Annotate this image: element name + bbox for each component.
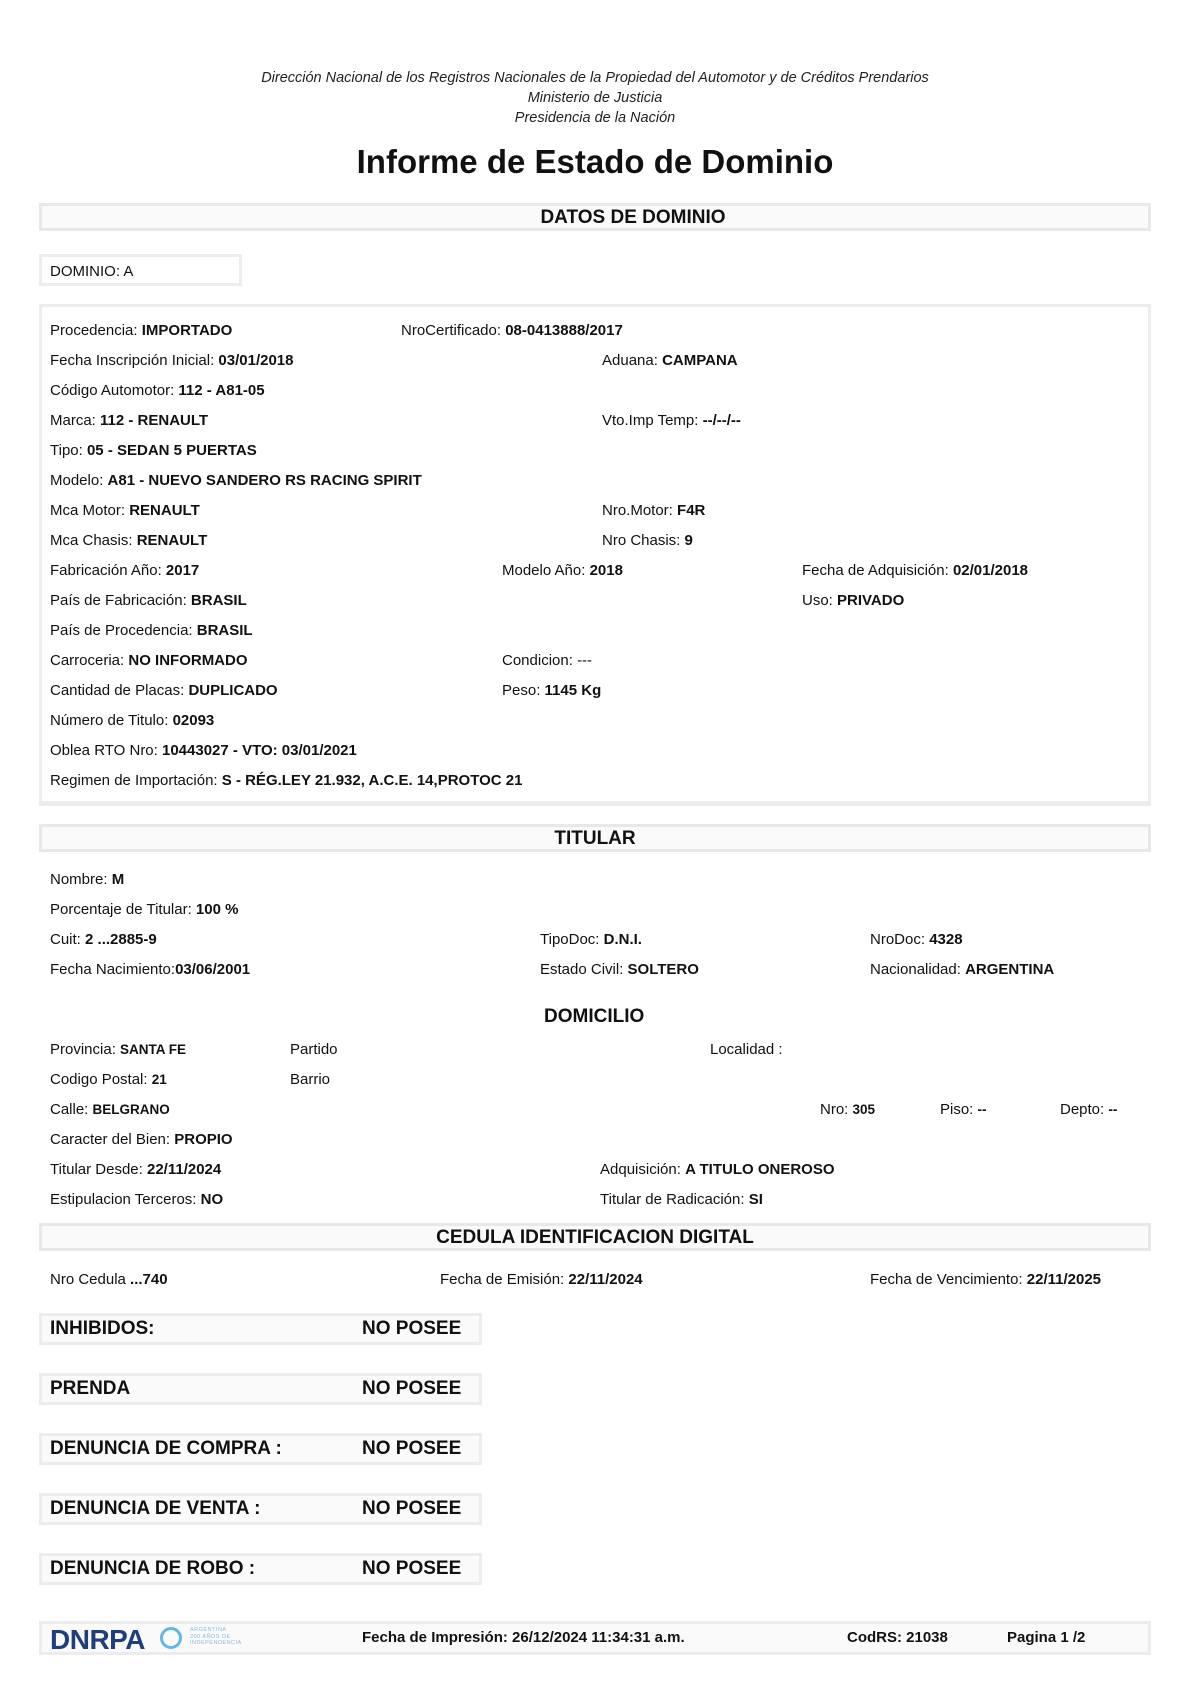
sun-emblem-icon <box>160 1627 182 1649</box>
pais-procedencia-field: País de Procedencia: BRASIL <box>50 622 253 639</box>
provincia-field: Provincia: SANTA FE <box>50 1041 186 1058</box>
nro-field: Nro: 305 <box>820 1101 875 1118</box>
domicilio-title: DOMICILIO <box>544 1006 644 1028</box>
dominio-box: DOMINIO: A <box>39 254 242 286</box>
section-title: DATOS DE DOMINIO <box>540 207 725 228</box>
vto-imp-temp-field: Vto.Imp Temp: --/--/-- <box>602 412 741 429</box>
fecha-adquisicion-field: Fecha de Adquisición: 02/01/2018 <box>802 562 1028 579</box>
codigo-automotor-field: Código Automotor: 112 - A81-05 <box>50 382 265 399</box>
section-header-titular: TITULAR <box>39 824 1151 852</box>
fecha-emision-field: Fecha de Emisión: 22/11/2024 <box>440 1271 643 1288</box>
nro-chasis-field: Nro Chasis: 9 <box>602 532 693 549</box>
presidency-name: Presidencia de la Nación <box>0 110 1190 126</box>
piso-field: Piso: -- <box>940 1101 987 1118</box>
status-label: DENUNCIA DE COMPRA : <box>50 1436 282 1462</box>
numero-titulo-field: Número de Titulo: 02093 <box>50 712 214 729</box>
status-denuncia-compra: DENUNCIA DE COMPRA : NO POSEE <box>39 1433 482 1465</box>
fecha-impresion: Fecha de Impresión: 26/12/2024 11:34:31 … <box>362 1629 685 1646</box>
fecha-vencimiento-field: Fecha de Vencimiento: 22/11/2025 <box>870 1271 1101 1288</box>
aduana-field: Aduana: CAMPANA <box>602 352 738 369</box>
cod-rs: CodRS: 21038 <box>847 1629 948 1646</box>
page-title: Informe de Estado de Dominio <box>0 143 1190 181</box>
status-label: DENUNCIA DE ROBO : <box>50 1556 255 1582</box>
status-label: INHIBIDOS: <box>50 1316 155 1342</box>
calle-field: Calle: BELGRANO <box>50 1101 170 1118</box>
procedencia-field: Procedencia: IMPORTADO <box>50 322 232 339</box>
carroceria-field: Carroceria: NO INFORMADO <box>50 652 248 669</box>
cantidad-placas-field: Cantidad de Placas: DUPLICADO <box>50 682 278 699</box>
caracter-bien-field: Caracter del Bien: PROPIO <box>50 1131 233 1148</box>
nro-motor-field: Nro.Motor: F4R <box>602 502 705 519</box>
localidad-field: Localidad : <box>710 1041 783 1058</box>
status-denuncia-robo: DENUNCIA DE ROBO : NO POSEE <box>39 1553 482 1585</box>
status-value: NO POSEE <box>362 1436 461 1462</box>
partido-field: Partido <box>290 1041 338 1058</box>
status-value: NO POSEE <box>362 1376 461 1402</box>
adquisicion-field: Adquisición: A TITULO ONEROSO <box>600 1161 835 1178</box>
estipulacion-terceros-field: Estipulacion Terceros: NO <box>50 1191 223 1208</box>
marca-field: Marca: 112 - RENAULT <box>50 412 208 429</box>
status-value: NO POSEE <box>362 1496 461 1522</box>
regimen-importacion-field: Regimen de Importación: S - RÉG.LEY 21.9… <box>50 772 522 789</box>
barrio-field: Barrio <box>290 1071 330 1088</box>
nombre-field: Nombre: M <box>50 871 124 888</box>
dnrpa-logo: DNRPA <box>50 1624 145 1656</box>
section-header-cedula: CEDULA IDENTIFICACION DIGITAL <box>39 1223 1151 1251</box>
fecha-nacimiento-field: Fecha Nacimiento:03/06/2001 <box>50 961 250 978</box>
mca-motor-field: Mca Motor: RENAULT <box>50 502 200 519</box>
page-number: Pagina 1 /2 <box>1007 1629 1085 1646</box>
modelo-anio-field: Modelo Año: 2018 <box>502 562 623 579</box>
status-value: NO POSEE <box>362 1556 461 1582</box>
porcentaje-field: Porcentaje de Titular: 100 % <box>50 901 238 918</box>
uso-field: Uso: PRIVADO <box>802 592 904 609</box>
oblea-rto-field: Oblea RTO Nro: 10443027 - VTO: 03/01/202… <box>50 742 357 759</box>
status-label: DENUNCIA DE VENTA : <box>50 1496 260 1522</box>
status-denuncia-venta: DENUNCIA DE VENTA : NO POSEE <box>39 1493 482 1525</box>
titular-radicacion-field: Titular de Radicación: SI <box>600 1191 763 1208</box>
dominio-field: DOMINIO: A <box>50 263 133 280</box>
nro-cedula-field: Nro Cedula ...740 <box>50 1271 168 1288</box>
estado-civil-field: Estado Civil: SOLTERO <box>540 961 699 978</box>
modelo-field: Modelo: A81 - NUEVO SANDERO RS RACING SP… <box>50 472 422 489</box>
tipo-doc-field: TipoDoc: D.N.I. <box>540 931 642 948</box>
condicion-field: Condicion: --- <box>502 652 592 669</box>
ministry-name: Ministerio de Justicia <box>0 90 1190 106</box>
bicentenario-text: ARGENTINA 200 AÑOS DE INDEPENDENCIA <box>190 1627 242 1647</box>
peso-field: Peso: 1145 Kg <box>502 682 601 699</box>
nro-doc-field: NroDoc: 4328 <box>870 931 963 948</box>
status-inhibidos: INHIBIDOS: NO POSEE <box>39 1313 482 1345</box>
titular-desde-field: Titular Desde: 22/11/2024 <box>50 1161 221 1178</box>
fecha-inscripcion-field: Fecha Inscripción Inicial: 03/01/2018 <box>50 352 294 369</box>
section-title: TITULAR <box>554 828 635 849</box>
tipo-field: Tipo: 05 - SEDAN 5 PUERTAS <box>50 442 257 459</box>
page-footer: DNRPA ARGENTINA 200 AÑOS DE INDEPENDENCI… <box>39 1621 1151 1655</box>
cuit-field: Cuit: 2 ...2885-9 <box>50 931 157 948</box>
codigo-postal-field: Codigo Postal: 21 <box>50 1071 167 1088</box>
vehicle-data-panel: Procedencia: IMPORTADO NroCertificado: 0… <box>39 304 1151 806</box>
agency-name: Dirección Nacional de los Registros Naci… <box>0 70 1190 86</box>
status-prenda: PRENDA NO POSEE <box>39 1373 482 1405</box>
status-label: PRENDA <box>50 1376 130 1402</box>
nacionalidad-field: Nacionalidad: ARGENTINA <box>870 961 1054 978</box>
fabricacion-anio-field: Fabricación Año: 2017 <box>50 562 199 579</box>
mca-chasis-field: Mca Chasis: RENAULT <box>50 532 207 549</box>
section-title: CEDULA IDENTIFICACION DIGITAL <box>436 1227 754 1248</box>
section-header-datos-dominio: DATOS DE DOMINIO <box>39 203 1151 231</box>
depto-field: Depto: -- <box>1060 1101 1117 1118</box>
nro-certificado-field: NroCertificado: 08-0413888/2017 <box>401 322 623 339</box>
pais-fabricacion-field: País de Fabricación: BRASIL <box>50 592 247 609</box>
status-value: NO POSEE <box>362 1316 461 1342</box>
